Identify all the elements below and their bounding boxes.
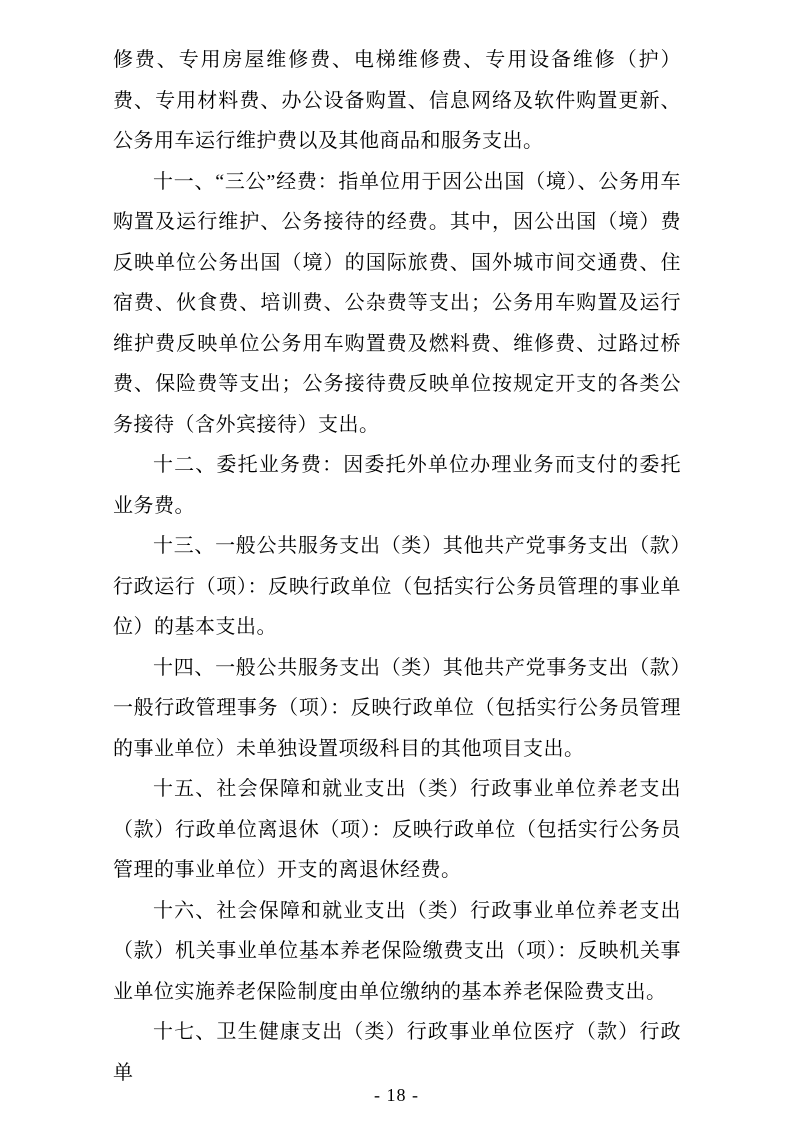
paragraph-item-14-general-admin-affairs: 十四、一般公共服务支出（类）其他共产党事务支出（款）一般行政管理事务（项）：反映… <box>113 648 681 770</box>
paragraph-item-17-health-expenditure-truncated: 十七、卫生健康支出（类）行政事业单位医疗（款）行政单 <box>113 1012 681 1093</box>
page-footer: - 18 - <box>0 1085 793 1106</box>
document-body: 修费、专用房屋维修费、电梯维修费、专用设备维修（护）费、专用材料费、办公设备购置… <box>113 40 681 1093</box>
paragraph-continuation: 修费、专用房屋维修费、电梯维修费、专用设备维修（护）费、专用材料费、办公设备购置… <box>113 40 681 162</box>
paragraph-item-16-pension-insurance-contribution: 十六、社会保障和就业支出（类）行政事业单位养老支出（款）机关事业单位基本养老保险… <box>113 891 681 1013</box>
paragraph-item-13-general-public-service-admin-operation: 十三、一般公共服务支出（类）其他共产党事务支出（款）行政运行（项）：反映行政单位… <box>113 526 681 648</box>
paragraph-item-15-retirement-expenses: 十五、社会保障和就业支出（类）行政事业单位养老支出（款）行政单位离退休（项）：反… <box>113 769 681 891</box>
document-page: 修费、专用房屋维修费、电梯维修费、专用设备维修（护）费、专用材料费、办公设备购置… <box>0 0 793 1122</box>
paragraph-item-11-sangong-expenses: 十一、“三公”经费：指单位用于因公出国（境）、公务用车购置及运行维护、公务接待的… <box>113 162 681 446</box>
page-number: - 18 - <box>374 1085 419 1105</box>
paragraph-item-12-entrusted-business-fee: 十二、委托业务费：因委托外单位办理业务而支付的委托业务费。 <box>113 445 681 526</box>
